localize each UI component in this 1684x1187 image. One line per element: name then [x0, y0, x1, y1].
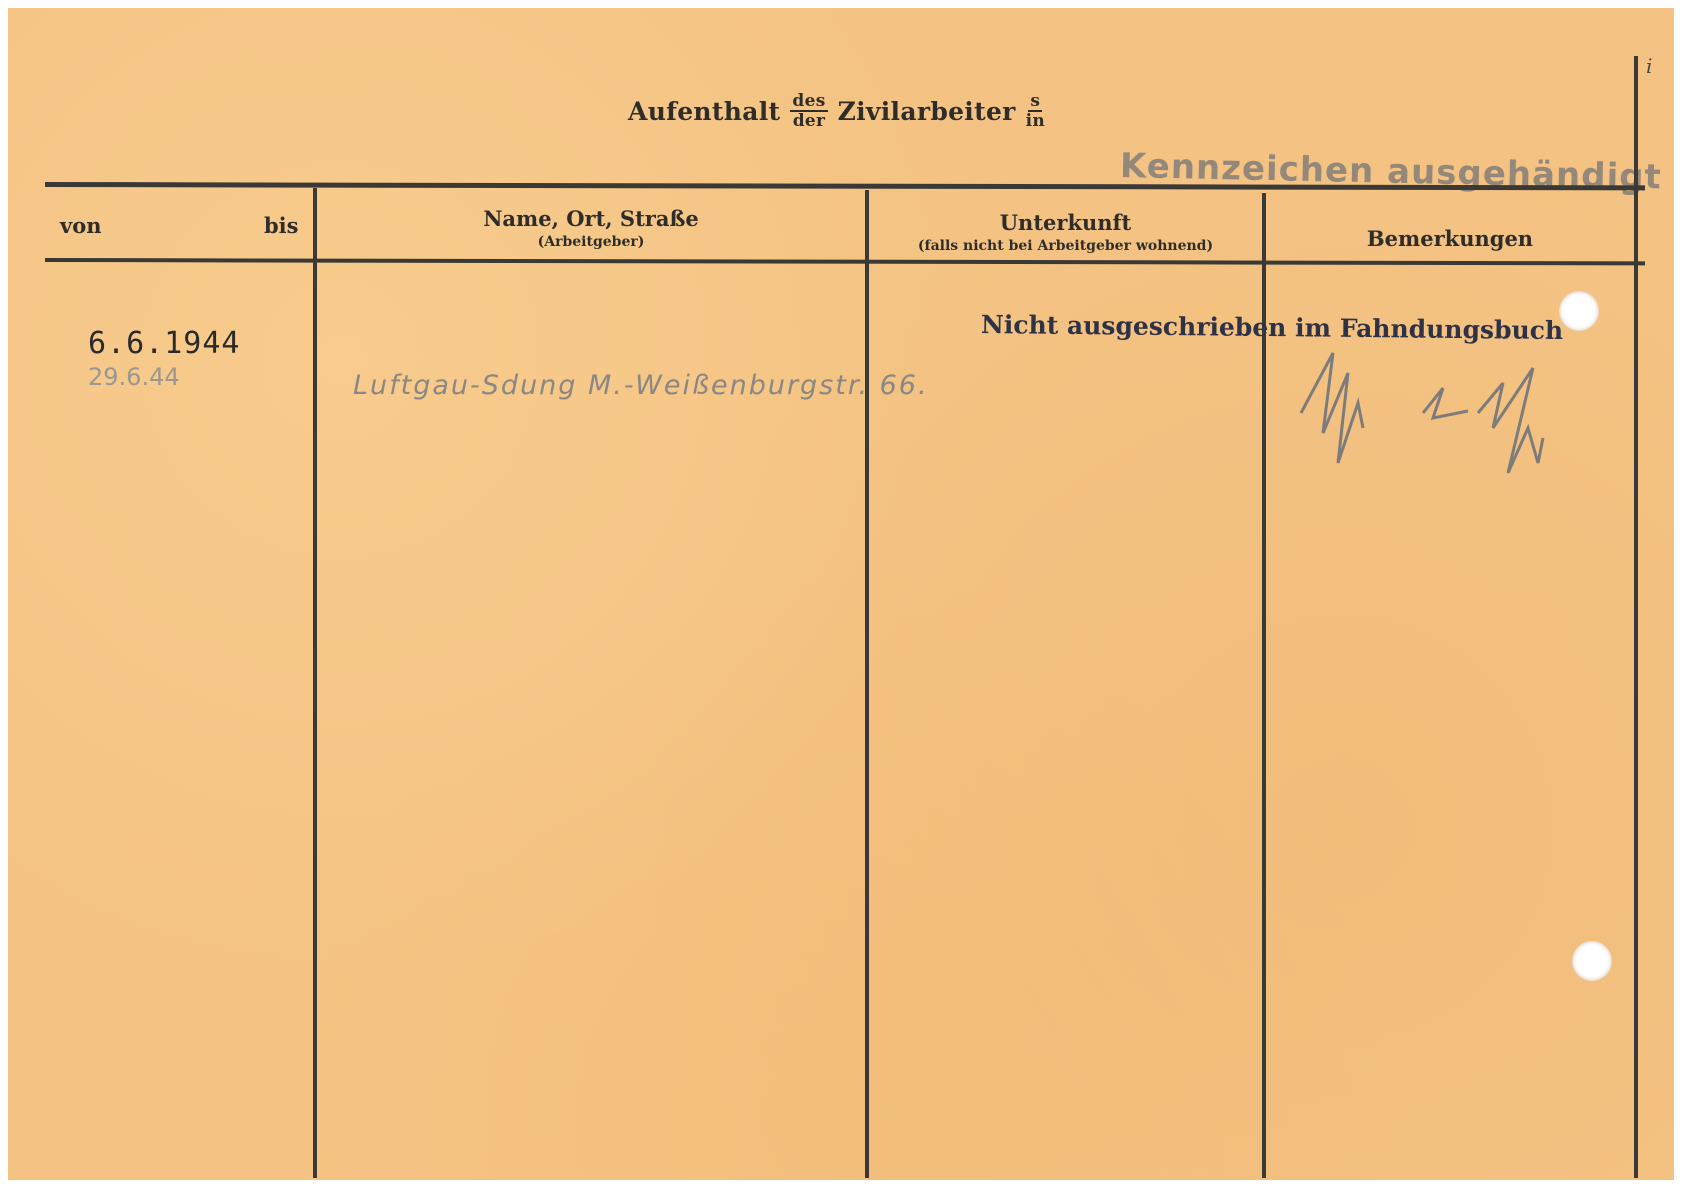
header-label: von	[60, 213, 101, 238]
fraction-bottom: in	[1026, 112, 1045, 130]
entry-name-handwritten: Luftgau-Sdung M.-Weißenburgstr. 66.	[353, 370, 929, 401]
right-border-line	[1634, 56, 1638, 1178]
punch-hole-top	[1559, 291, 1599, 331]
form-title: Aufenthalt des der Zivilarbeiter s in	[628, 86, 1045, 136]
column-header-bemerkungen: Bemerkungen	[1266, 226, 1634, 251]
header-label: bis	[264, 213, 298, 238]
column-header-von: von	[60, 213, 101, 238]
fraction-bottom: der	[793, 112, 826, 130]
title-word-zivilarbeiter: Zivilarbeiter	[838, 97, 1016, 126]
header-sublabel: (falls nicht bei Arbeitgeber wohnend)	[869, 238, 1262, 254]
fraction-top: s	[1028, 92, 1042, 112]
column-header-unterkunft: Unterkunft (falls nicht bei Arbeitgeber …	[869, 210, 1262, 254]
signature-icon	[1293, 343, 1623, 483]
table-header-bottom-rule	[45, 258, 1645, 265]
entry-von-date: 6.6.1944	[88, 326, 241, 361]
column-divider-1	[313, 188, 317, 1178]
title-word-aufenthalt: Aufenthalt	[628, 97, 780, 126]
header-label: Bemerkungen	[1266, 226, 1634, 251]
header-label: Unterkunft	[869, 210, 1262, 235]
stamp-nicht-ausgeschrieben: Nicht ausgeschrieben im Fahndungsbuch	[981, 310, 1563, 345]
header-sublabel: (Arbeitgeber)	[317, 234, 865, 250]
fraction-top: des	[790, 92, 827, 112]
page-mark: i	[1646, 54, 1652, 78]
column-header-name: Name, Ort, Straße (Arbeitgeber)	[317, 206, 865, 250]
document-page: Aufenthalt des der Zivilarbeiter s in Ke…	[8, 8, 1674, 1180]
column-header-bis: bis	[264, 213, 298, 238]
title-fraction-des-der: des der	[790, 92, 827, 130]
column-divider-2	[865, 190, 869, 1178]
entry-bis-date: 29.6.44	[88, 363, 180, 391]
punch-hole-bottom	[1572, 941, 1612, 981]
title-fraction-s-in: s in	[1026, 92, 1045, 130]
header-label: Name, Ort, Straße	[317, 206, 865, 231]
